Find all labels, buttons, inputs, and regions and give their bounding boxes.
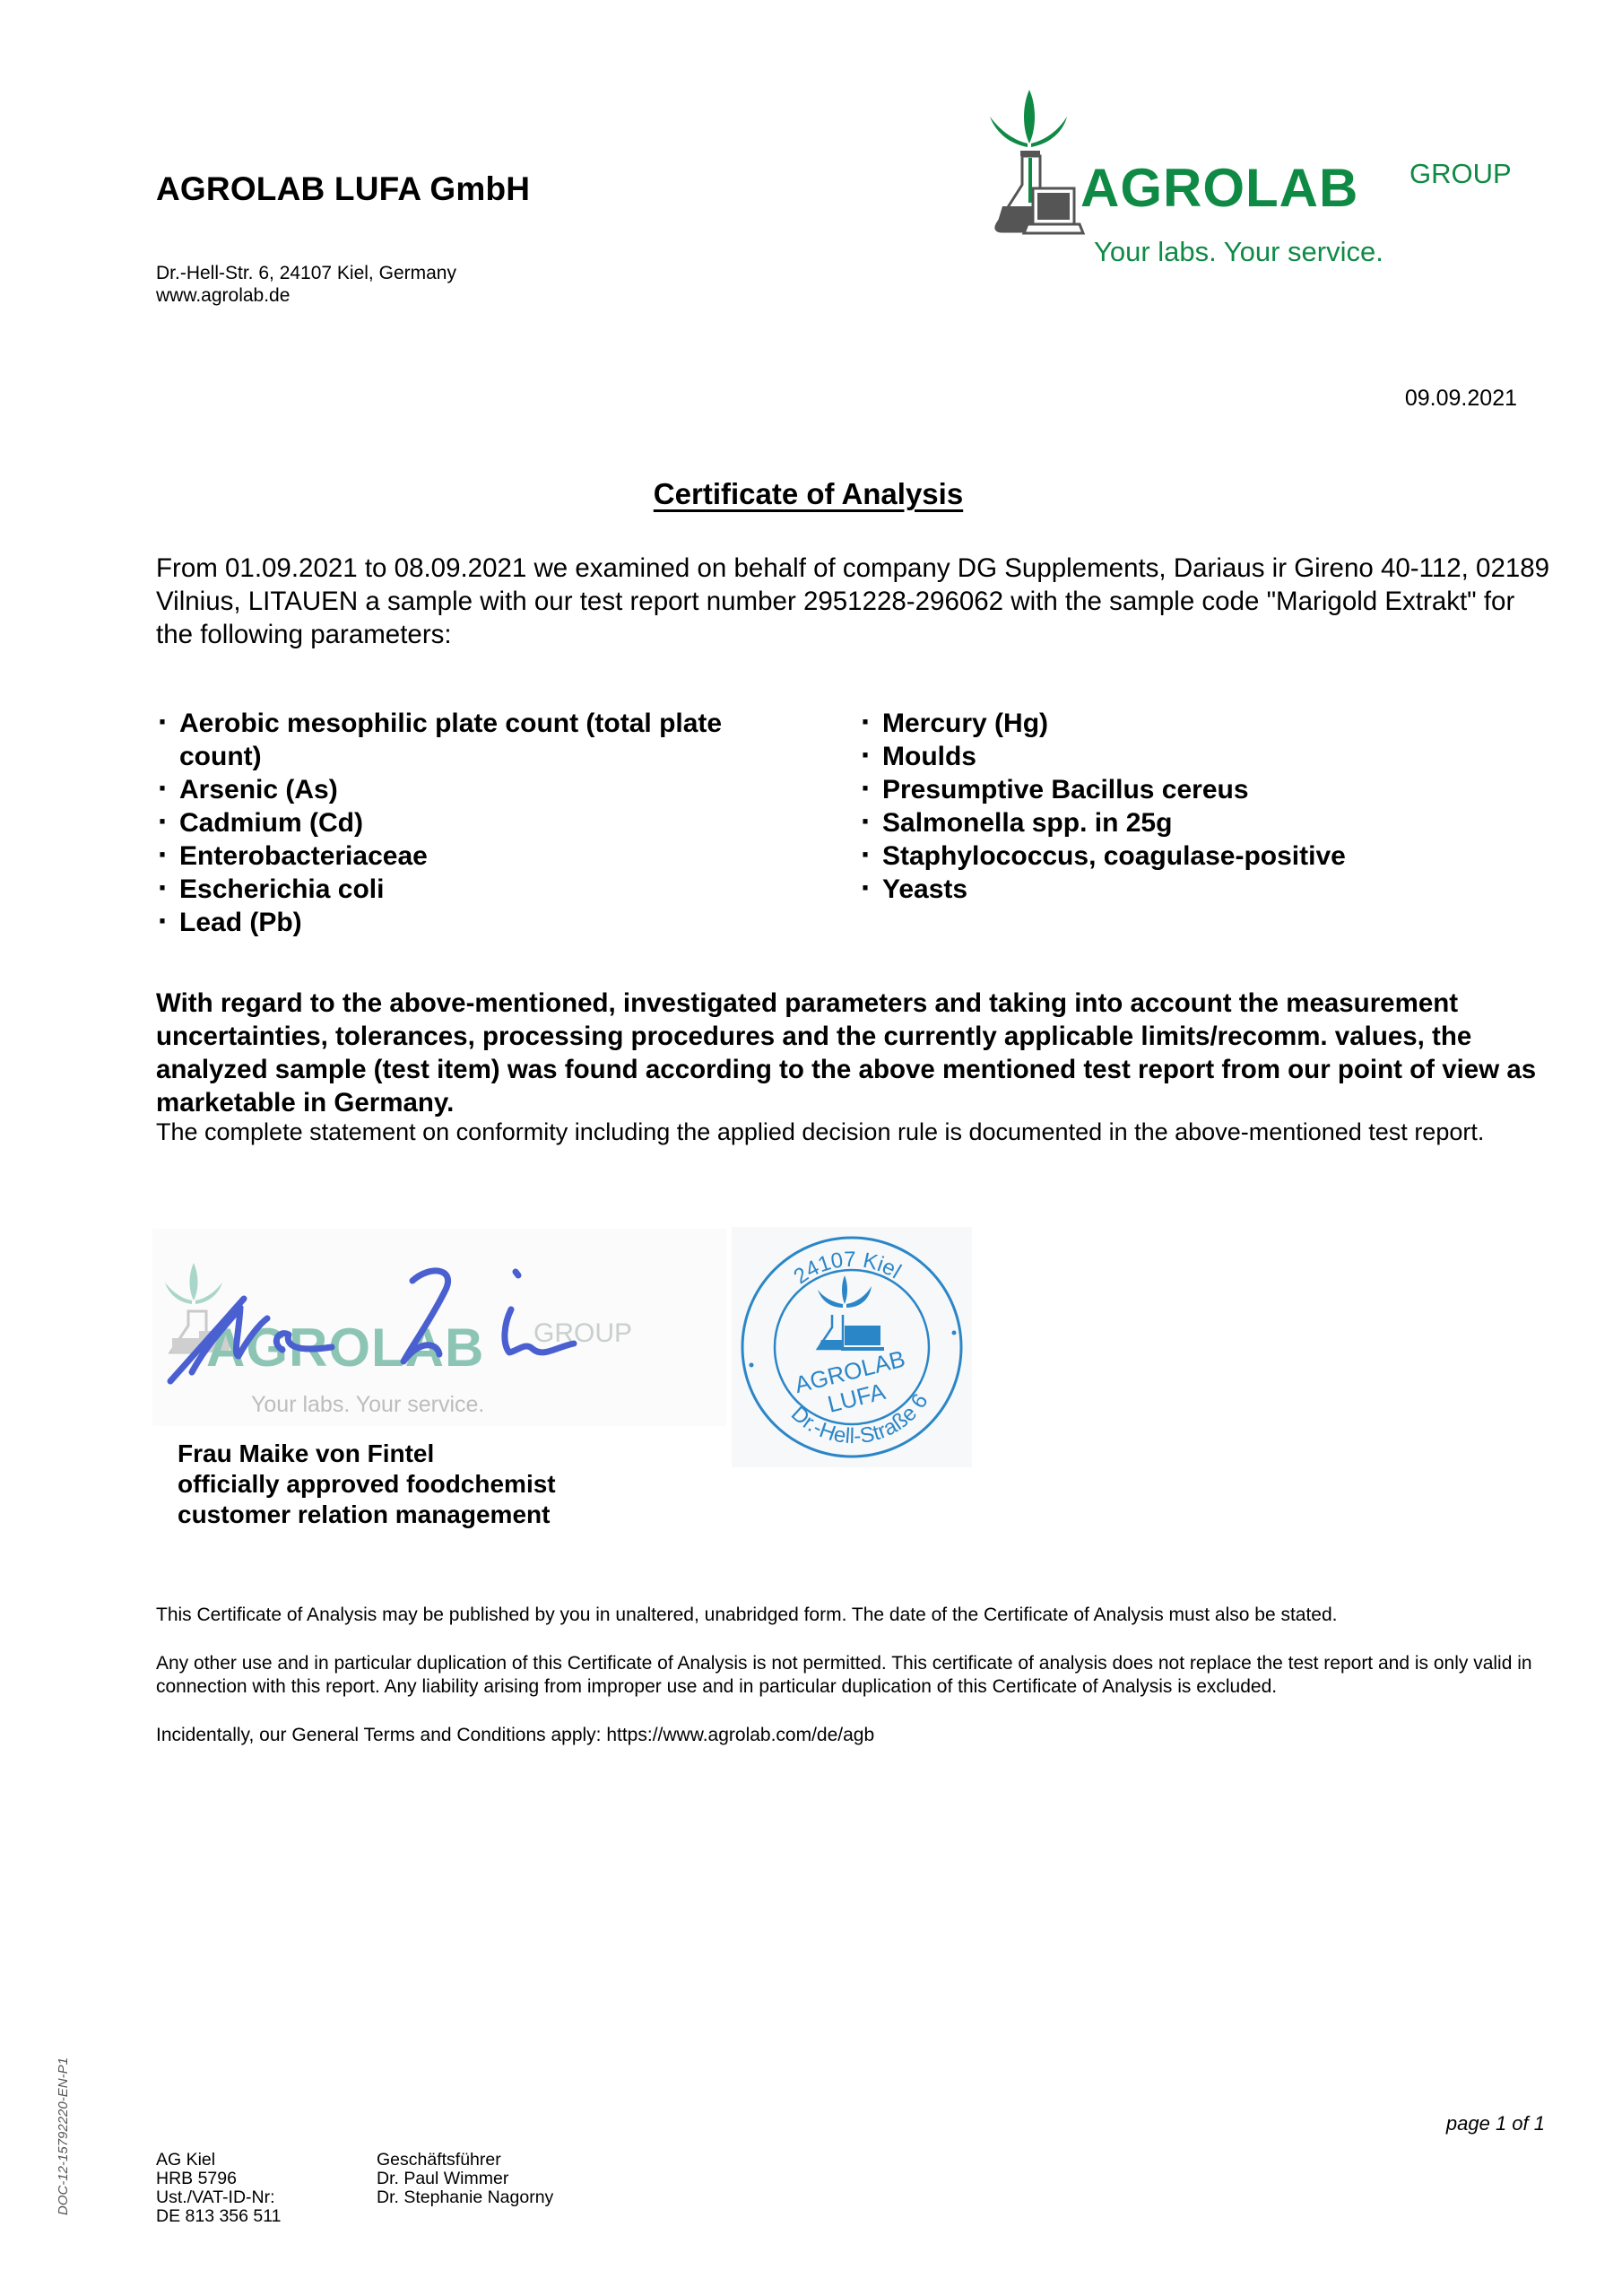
notice-duplication: Any other use and in particular duplicat… <box>156 1652 1555 1699</box>
parameter-list-left: Aerobic mesophilic plate count (total pl… <box>156 707 802 939</box>
list-item: Cadmium (Cd) <box>156 806 802 839</box>
company-address: Dr.-Hell-Str. 6, 24107 Kiel, Germany www… <box>156 262 456 307</box>
footer-vat-label: Ust./VAT-ID-Nr: <box>156 2188 282 2207</box>
list-item: Mercury (Hg) <box>859 707 1558 740</box>
list-item: Presumptive Bacillus cereus <box>859 773 1558 806</box>
company-name: AGROLAB LUFA GmbH <box>156 170 530 208</box>
handwritten-signature-icon <box>152 1238 726 1426</box>
footer-hrb: HRB 5796 <box>156 2170 282 2188</box>
intro-paragraph: From 01.09.2021 to 08.09.2021 we examine… <box>156 552 1555 651</box>
signer-block: Frau Maike von Fintel officially approve… <box>178 1439 556 1530</box>
signer-name: Frau Maike von Fintel <box>178 1439 556 1469</box>
list-item: Salmonella spp. in 25g <box>859 806 1558 839</box>
notice-publication: This Certificate of Analysis may be publ… <box>156 1604 1555 1627</box>
logo-tagline: Your labs. Your service. <box>1094 236 1383 268</box>
page-number: page 1 of 1 <box>1446 2112 1545 2135</box>
footer-director: Dr. Paul Wimmer <box>377 2170 553 2188</box>
parameter-list-right: Mercury (Hg) Moulds Presumptive Bacillus… <box>859 707 1558 906</box>
conformity-statement: The complete statement on conformity inc… <box>156 1118 1555 1147</box>
footer-vat-number: DE 813 356 511 <box>156 2207 282 2226</box>
document-date: 09.09.2021 <box>1405 386 1517 412</box>
list-item: Enterobacteriaceae <box>156 839 802 873</box>
footer-registration: AG Kiel HRB 5796 Ust./VAT-ID-Nr: DE 813 … <box>156 2151 282 2226</box>
list-item: Aerobic mesophilic plate count (total pl… <box>156 707 802 773</box>
stamp-top-text: 24107 Kiel <box>789 1248 905 1289</box>
footer-management-label: Geschäftsführer <box>377 2151 553 2170</box>
list-item: Arsenic (As) <box>156 773 802 806</box>
list-item: Yeasts <box>859 873 1558 906</box>
usage-notice: This Certificate of Analysis may be publ… <box>156 1604 1555 1772</box>
list-item: Escherichia coli <box>156 873 802 906</box>
company-website: www.agrolab.de <box>156 284 456 307</box>
logo-group-text: GROUP <box>1409 158 1512 190</box>
list-item: Staphylococcus, coagulase-positive <box>859 839 1558 873</box>
notice-terms: Incidentally, our General Terms and Cond… <box>156 1724 1555 1747</box>
footer-director: Dr. Stephanie Nagorny <box>377 2188 553 2207</box>
signer-department: customer relation management <box>178 1500 556 1530</box>
document-title-text: Certificate of Analysis <box>654 477 968 510</box>
address-street: Dr.-Hell-Str. 6, 24107 Kiel, Germany <box>156 262 456 284</box>
logo-brand-text: AGROLAB <box>1080 157 1358 219</box>
footer-management: Geschäftsführer Dr. Paul Wimmer Dr. Step… <box>377 2151 553 2207</box>
company-stamp-icon: 24107 Kiel Dr.-Hell-Straße 6 AGROLAB LUF… <box>732 1227 972 1467</box>
footer-court: AG Kiel <box>156 2151 282 2170</box>
signer-title: officially approved foodchemist <box>178 1469 556 1500</box>
document-title: Certificate of Analysis <box>0 477 1622 511</box>
document-id: DOC-12-15792220-EN-P1 <box>56 2057 71 2215</box>
conclusion-statement: With regard to the above-mentioned, inve… <box>156 987 1555 1119</box>
list-item: Moulds <box>859 740 1558 773</box>
list-item: Lead (Pb) <box>156 906 802 939</box>
